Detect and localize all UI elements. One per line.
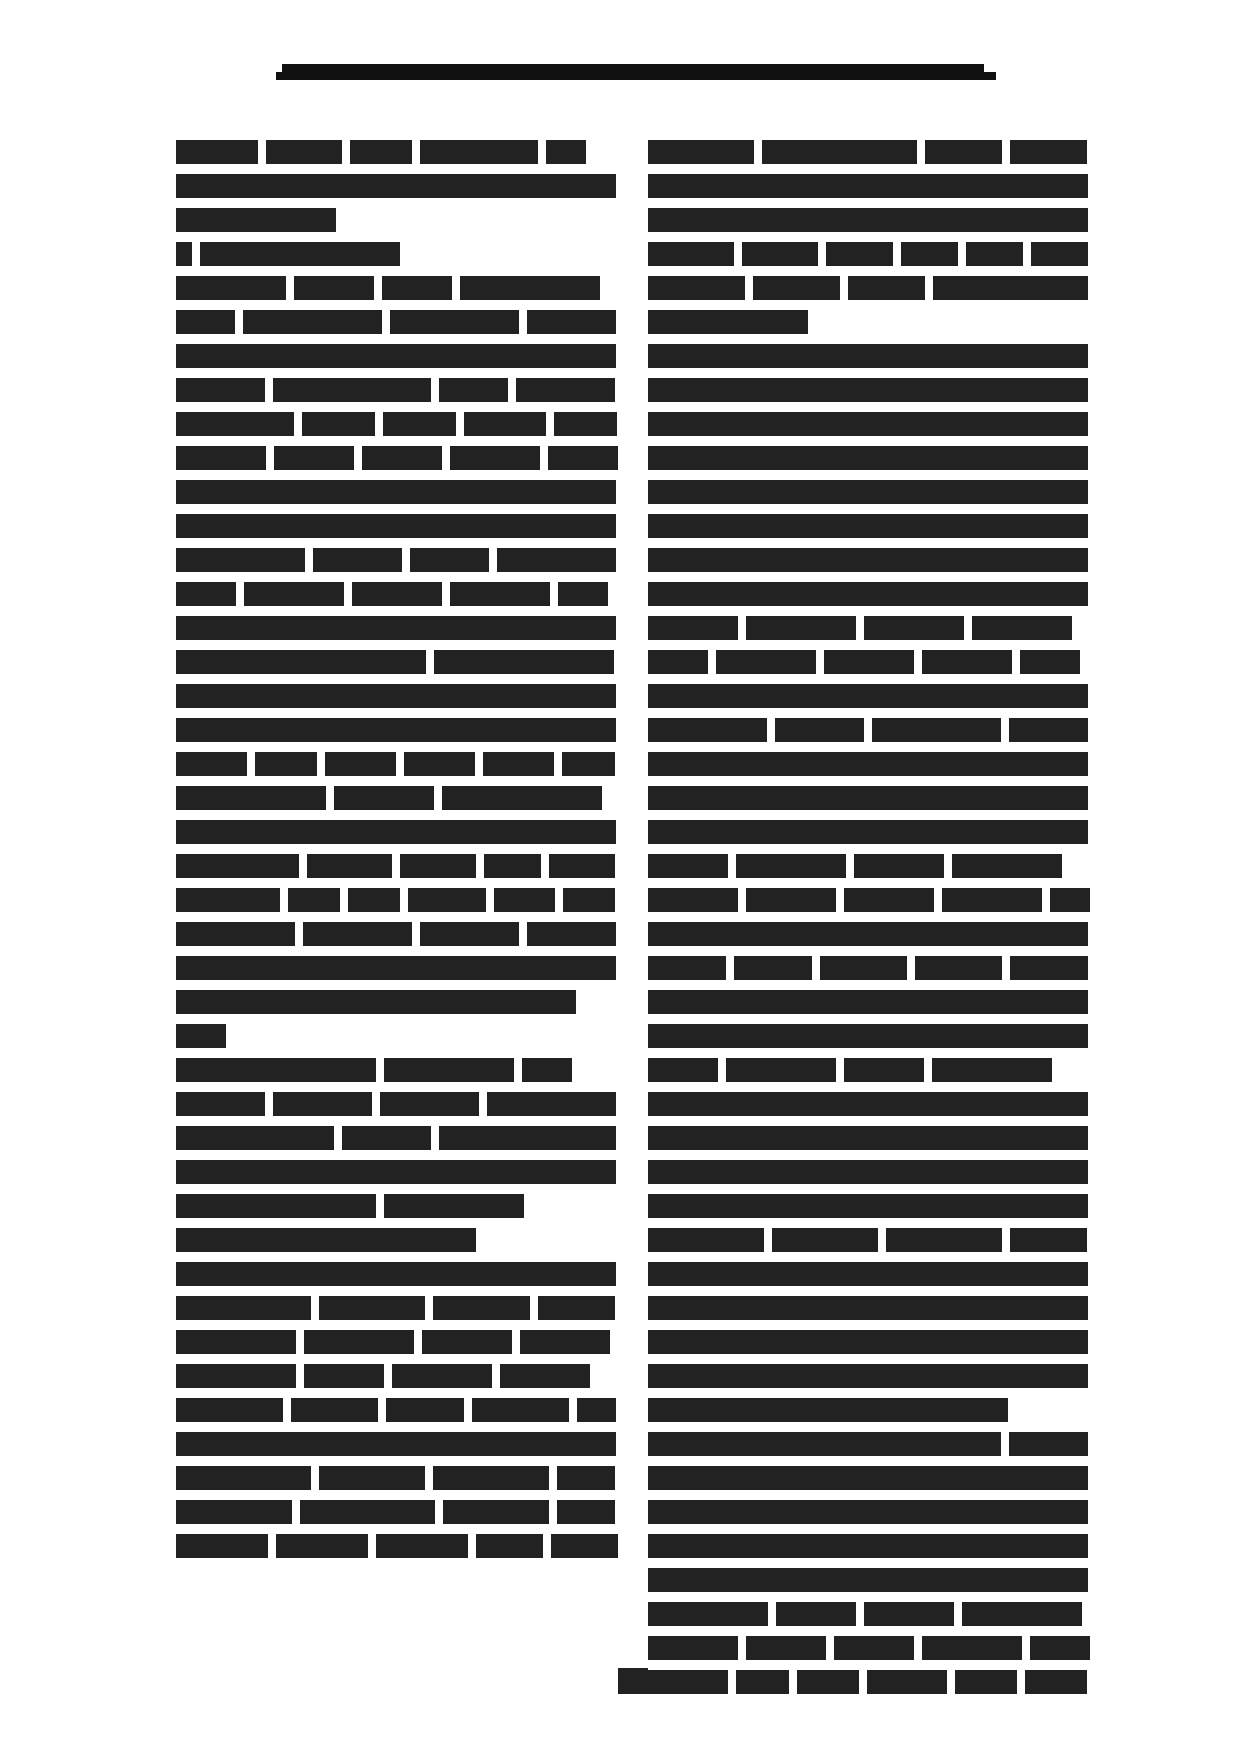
redacted-word-block — [648, 888, 738, 912]
redacted-word-block — [648, 242, 734, 266]
redacted-word-block — [563, 888, 615, 912]
text-line — [176, 1058, 616, 1082]
redacted-word-block — [772, 1228, 878, 1252]
redacted-word-block — [176, 310, 235, 334]
text-line — [648, 888, 1088, 912]
text-line — [176, 1364, 616, 1388]
redacted-word-block — [648, 140, 754, 164]
text-line — [648, 786, 1088, 810]
redacted-word-block — [746, 1636, 826, 1660]
redacted-word-block — [648, 1296, 1088, 1320]
redacted-word-block — [439, 1126, 616, 1150]
redacted-word-block — [648, 1432, 1001, 1456]
redacted-word-block — [648, 650, 708, 674]
text-line — [176, 514, 616, 538]
redacted-word-block — [487, 1092, 616, 1116]
redacted-word-block — [410, 548, 489, 572]
redacted-word-block — [304, 1364, 384, 1388]
redacted-word-block — [848, 276, 925, 300]
redacted-word-block — [557, 1466, 615, 1490]
redacted-word-block — [527, 310, 616, 334]
redacted-word-block — [648, 174, 1088, 198]
text-line — [648, 616, 1088, 640]
redacted-word-block — [648, 922, 1088, 946]
text-line — [648, 1058, 1088, 1082]
redacted-word-block — [762, 140, 917, 164]
redacted-word-block — [176, 140, 258, 164]
redacted-word-block — [350, 140, 412, 164]
redacted-word-block — [648, 990, 1088, 1014]
redacted-word-block — [433, 1296, 530, 1320]
redacted-word-block — [1020, 650, 1080, 674]
text-line — [648, 1262, 1088, 1286]
redacted-word-block — [648, 412, 1088, 436]
redacted-word-block — [648, 480, 1088, 504]
redacted-word-block — [746, 616, 856, 640]
text-line — [648, 208, 1088, 232]
redacted-word-block — [342, 1126, 431, 1150]
page-header-rule — [282, 64, 984, 80]
text-line — [176, 650, 616, 674]
redacted-word-block — [648, 1330, 1088, 1354]
text-line — [648, 480, 1088, 504]
redacted-word-block — [450, 446, 540, 470]
text-line — [648, 1670, 1088, 1694]
redacted-word-block — [484, 854, 541, 878]
redacted-word-block — [962, 1602, 1082, 1626]
redacted-word-block — [826, 242, 893, 266]
text-line — [176, 1160, 616, 1184]
text-line — [648, 548, 1088, 572]
text-line — [648, 310, 1088, 334]
text-line — [648, 1432, 1088, 1456]
left-column — [176, 140, 616, 1568]
text-line — [176, 242, 616, 266]
text-line — [176, 990, 616, 1014]
redacted-word-block — [376, 1534, 468, 1558]
redacted-word-block — [775, 718, 864, 742]
text-line — [648, 1568, 1088, 1592]
redacted-word-block — [922, 650, 1012, 674]
redacted-word-block — [549, 854, 615, 878]
text-line — [648, 650, 1088, 674]
redacted-word-block — [546, 140, 586, 164]
redacted-word-block — [276, 1534, 368, 1558]
redacted-word-block — [176, 344, 616, 368]
redacted-word-block — [648, 310, 808, 334]
text-line — [176, 956, 616, 980]
redacted-word-block — [319, 1296, 425, 1320]
text-line — [648, 582, 1088, 606]
redacted-word-block — [464, 412, 546, 436]
redacted-word-block — [886, 1228, 1002, 1252]
redacted-word-block — [901, 242, 958, 266]
redacted-word-block — [400, 854, 476, 878]
text-line — [648, 684, 1088, 708]
redacted-word-block — [176, 242, 192, 266]
redacted-word-block — [384, 1058, 514, 1082]
redacted-word-block — [176, 684, 616, 708]
redacted-word-block — [551, 1534, 618, 1558]
redacted-word-block — [497, 548, 616, 572]
redacted-word-block — [176, 1534, 268, 1558]
redacted-word-block — [420, 922, 519, 946]
text-line — [648, 514, 1088, 538]
redacted-word-block — [288, 888, 340, 912]
redacted-word-block — [648, 752, 1088, 776]
redacted-word-block — [577, 1398, 616, 1422]
redacted-word-block — [390, 310, 519, 334]
redacted-word-block — [352, 582, 442, 606]
text-line — [176, 480, 616, 504]
redacted-word-block — [648, 208, 1088, 232]
redacted-word-block — [527, 922, 616, 946]
text-line — [648, 242, 1088, 266]
redacted-word-block — [443, 1500, 549, 1524]
text-line — [648, 718, 1088, 742]
redacted-word-block — [1031, 242, 1088, 266]
text-line — [176, 1092, 616, 1116]
redacted-word-block — [176, 1058, 376, 1082]
redacted-word-block — [648, 1160, 1088, 1184]
text-line — [648, 990, 1088, 1014]
redacted-word-block — [176, 1364, 296, 1388]
text-line — [648, 854, 1088, 878]
text-line — [176, 888, 616, 912]
redacted-word-block — [176, 480, 616, 504]
redacted-word-block — [176, 1466, 311, 1490]
redacted-word-block — [648, 1534, 1088, 1558]
redacted-word-block — [648, 344, 1088, 368]
text-line — [648, 1534, 1088, 1558]
redacted-word-block — [404, 752, 475, 776]
redacted-word-block — [176, 616, 616, 640]
redacted-word-block — [382, 276, 452, 300]
redacted-word-block — [557, 1500, 615, 1524]
redacted-word-block — [736, 1670, 789, 1694]
redacted-word-block — [176, 650, 426, 674]
redacted-word-block — [244, 582, 344, 606]
redacted-word-block — [915, 956, 1002, 980]
redacted-word-block — [648, 1568, 1088, 1592]
redacted-word-block — [522, 1058, 572, 1082]
redacted-word-block — [554, 412, 617, 436]
redacted-word-block — [648, 820, 1088, 844]
text-line — [648, 922, 1088, 946]
redacted-word-block — [726, 1058, 836, 1082]
redacted-word-block — [176, 922, 295, 946]
text-line — [176, 1296, 616, 1320]
text-line — [648, 820, 1088, 844]
redacted-word-block — [176, 582, 236, 606]
redacted-word-block — [500, 1364, 590, 1388]
text-line — [176, 412, 616, 436]
redacted-word-block — [319, 1466, 425, 1490]
text-line — [176, 276, 616, 300]
text-line — [176, 854, 616, 878]
redacted-word-block — [867, 1670, 947, 1694]
redacted-word-block — [520, 1330, 610, 1354]
redacted-word-block — [176, 174, 616, 198]
redacted-word-block — [408, 888, 486, 912]
redacted-word-block — [648, 1636, 738, 1660]
redacted-word-block — [302, 412, 375, 436]
redacted-word-block — [434, 650, 614, 674]
text-line — [648, 752, 1088, 776]
redacted-word-block — [176, 276, 286, 300]
text-line — [648, 412, 1088, 436]
redacted-word-block — [176, 990, 576, 1014]
text-line — [648, 956, 1088, 980]
text-line — [176, 1398, 616, 1422]
redacted-word-block — [648, 1058, 718, 1082]
redacted-word-block — [648, 378, 1088, 402]
redacted-word-block — [854, 854, 944, 878]
redacted-word-block — [386, 1398, 464, 1422]
redacted-word-block — [348, 888, 400, 912]
redacted-word-block — [1025, 1670, 1087, 1694]
text-line — [176, 1500, 616, 1524]
redacted-word-block — [176, 446, 266, 470]
redacted-word-block — [797, 1670, 859, 1694]
redacted-word-block — [1030, 1636, 1090, 1660]
redacted-word-block — [176, 888, 280, 912]
redacted-word-block — [176, 208, 336, 232]
redacted-word-block — [176, 956, 616, 980]
redacted-word-block — [476, 1534, 543, 1558]
text-line — [176, 1262, 616, 1286]
redacted-word-block — [439, 378, 508, 402]
page-number — [618, 1668, 648, 1694]
redacted-word-block — [648, 1364, 1088, 1388]
redacted-word-block — [1009, 718, 1088, 742]
text-line — [648, 1160, 1088, 1184]
redacted-word-block — [648, 956, 726, 980]
redacted-word-block — [273, 1092, 372, 1116]
text-line — [648, 1398, 1088, 1422]
redacted-word-block — [562, 752, 615, 776]
text-line — [648, 378, 1088, 402]
text-line — [176, 1432, 616, 1456]
redacted-word-block — [753, 276, 840, 300]
redacted-word-block — [872, 718, 1001, 742]
redacted-word-block — [648, 1500, 1088, 1524]
redacted-word-block — [955, 1670, 1017, 1694]
text-line — [648, 140, 1088, 164]
redacted-word-block — [176, 718, 616, 742]
text-line — [176, 616, 616, 640]
redacted-word-block — [176, 1262, 616, 1286]
redacted-word-block — [294, 276, 374, 300]
redacted-word-block — [176, 1126, 334, 1150]
redacted-word-block — [1010, 1228, 1087, 1252]
text-line — [176, 1126, 616, 1150]
redacted-word-block — [952, 854, 1062, 878]
text-line — [176, 446, 616, 470]
redacted-word-block — [746, 888, 836, 912]
redacted-word-block — [648, 1194, 1088, 1218]
text-line — [176, 344, 616, 368]
text-line — [176, 1194, 616, 1218]
redacted-word-block — [648, 514, 1088, 538]
redacted-word-block — [648, 276, 745, 300]
redacted-word-block — [422, 1330, 512, 1354]
redacted-word-block — [380, 1092, 479, 1116]
text-line — [648, 1092, 1088, 1116]
text-line — [176, 548, 616, 572]
redacted-word-block — [1050, 888, 1090, 912]
text-line — [648, 1228, 1088, 1252]
redacted-word-block — [176, 820, 616, 844]
redacted-word-block — [303, 922, 412, 946]
redacted-word-block — [932, 1058, 1052, 1082]
redacted-word-block — [304, 1330, 414, 1354]
redacted-word-block — [200, 242, 400, 266]
text-line — [176, 786, 616, 810]
redacted-word-block — [736, 854, 846, 878]
redacted-word-block — [648, 582, 1088, 606]
redacted-word-block — [300, 1500, 435, 1524]
redacted-word-block — [966, 242, 1023, 266]
text-line — [648, 1330, 1088, 1354]
redacted-word-block — [176, 1228, 476, 1252]
redacted-word-block — [558, 582, 608, 606]
redacted-word-block — [176, 1432, 616, 1456]
redacted-word-block — [864, 1602, 954, 1626]
redacted-word-block — [494, 888, 555, 912]
redacted-word-block — [483, 752, 554, 776]
redacted-word-block — [176, 548, 305, 572]
redacted-word-block — [942, 888, 1042, 912]
redacted-word-block — [925, 140, 1002, 164]
redacted-word-block — [734, 956, 812, 980]
text-line — [176, 1024, 616, 1048]
redacted-word-block — [844, 888, 934, 912]
redacted-word-block — [864, 616, 964, 640]
redacted-word-block — [460, 276, 600, 300]
redacted-word-block — [824, 650, 914, 674]
redacted-word-block — [176, 1500, 292, 1524]
redacted-word-block — [450, 582, 550, 606]
redacted-word-block — [176, 1160, 616, 1184]
redacted-word-block — [1009, 1432, 1088, 1456]
text-line — [176, 378, 616, 402]
redacted-word-block — [648, 1398, 1008, 1422]
text-line — [648, 1296, 1088, 1320]
redacted-word-block — [648, 1262, 1088, 1286]
text-line — [176, 752, 616, 776]
redacted-word-block — [648, 854, 728, 878]
redacted-word-block — [176, 1194, 376, 1218]
redacted-word-block — [548, 446, 618, 470]
redacted-word-block — [648, 718, 767, 742]
redacted-word-block — [176, 854, 299, 878]
redacted-word-block — [243, 310, 382, 334]
redacted-word-block — [176, 1092, 265, 1116]
redacted-word-block — [648, 786, 1088, 810]
text-line — [648, 1500, 1088, 1524]
redacted-word-block — [1010, 140, 1087, 164]
redacted-word-block — [648, 616, 738, 640]
redacted-word-block — [307, 854, 392, 878]
text-line — [176, 820, 616, 844]
redacted-word-block — [516, 378, 615, 402]
redacted-word-block — [384, 1194, 524, 1218]
text-line — [176, 1466, 616, 1490]
redacted-word-block — [362, 446, 442, 470]
redacted-word-block — [176, 786, 326, 810]
redacted-word-block — [933, 276, 1088, 300]
redacted-word-block — [648, 548, 1088, 572]
redacted-word-block — [325, 752, 396, 776]
redacted-word-block — [392, 1364, 492, 1388]
redacted-word-block — [383, 412, 456, 436]
redacted-word-block — [820, 956, 907, 980]
redacted-word-block — [1010, 956, 1088, 980]
redacted-word-block — [176, 1296, 311, 1320]
redacted-word-block — [472, 1398, 569, 1422]
redacted-word-block — [972, 616, 1072, 640]
redacted-word-block — [176, 1024, 226, 1048]
redacted-word-block — [291, 1398, 378, 1422]
redacted-word-block — [648, 684, 1088, 708]
text-line — [176, 718, 616, 742]
text-line — [648, 1024, 1088, 1048]
text-line — [648, 344, 1088, 368]
redacted-word-block — [716, 650, 816, 674]
text-line — [648, 1466, 1088, 1490]
text-line — [176, 140, 616, 164]
text-line — [176, 582, 616, 606]
redacted-word-block — [313, 548, 402, 572]
text-line — [648, 276, 1088, 300]
redacted-word-block — [274, 446, 354, 470]
text-line — [176, 1330, 616, 1354]
text-line — [648, 174, 1088, 198]
redacted-word-block — [176, 378, 265, 402]
text-line — [648, 1636, 1088, 1660]
redacted-word-block — [648, 1092, 1088, 1116]
text-line — [176, 922, 616, 946]
redacted-word-block — [334, 786, 434, 810]
redacted-word-block — [742, 242, 818, 266]
text-line — [176, 1228, 616, 1252]
text-line — [648, 1364, 1088, 1388]
text-line — [648, 1126, 1088, 1150]
redacted-word-block — [648, 1024, 1088, 1048]
text-line — [176, 174, 616, 198]
text-line — [176, 208, 616, 232]
redacted-word-block — [648, 1602, 768, 1626]
redacted-word-block — [922, 1636, 1022, 1660]
redacted-word-block — [176, 514, 616, 538]
redacted-word-block — [844, 1058, 924, 1082]
redacted-word-block — [176, 1398, 283, 1422]
redacted-word-block — [255, 752, 317, 776]
text-line — [648, 1602, 1088, 1626]
text-line — [648, 446, 1088, 470]
redacted-word-block — [648, 1126, 1088, 1150]
redacted-word-block — [176, 752, 247, 776]
redacted-word-block — [648, 1228, 764, 1252]
redacted-word-block — [176, 412, 294, 436]
redacted-word-block — [648, 1670, 728, 1694]
text-line — [176, 684, 616, 708]
text-line — [176, 310, 616, 334]
redacted-word-block — [433, 1466, 549, 1490]
redacted-word-block — [420, 140, 538, 164]
redacted-word-block — [648, 1466, 1088, 1490]
